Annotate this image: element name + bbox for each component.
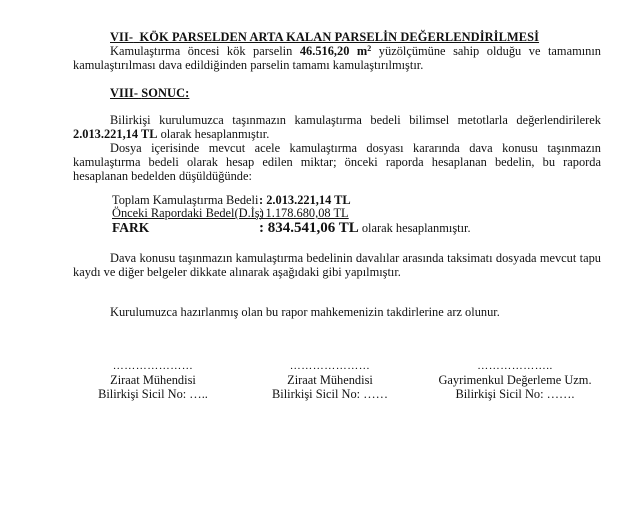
conclusion-paragraph-1: Bilirkişi kurulumuzca taşınmazın kamulaş… <box>73 113 601 141</box>
previous-value: : 1.178.680,08 TL <box>259 206 349 220</box>
summary-row-previous: Önceki Rapordaki Bedel(D.İş): 1.178.680,… <box>112 206 349 220</box>
signature-block-3: ……………….. Gayrimenkul Değerleme Uzm. Bili… <box>430 359 600 401</box>
para1-end: olarak hesaplanmıştır. <box>157 127 269 141</box>
signature-registry: Bilirkişi Sicil No: …… <box>265 387 395 401</box>
total-value: : 2.013.221,14 TL <box>259 193 351 207</box>
signature-block-2: ………………… Ziraat Mühendisi Bilirkişi Sicil… <box>265 359 395 401</box>
signature-title: Ziraat Mühendisi <box>98 373 208 387</box>
previous-label: Önceki Rapordaki Bedel(D.İş) <box>112 206 259 220</box>
difference-value: : 834.541,06 TL <box>259 220 359 236</box>
section-8-number: VIII- <box>110 86 138 100</box>
signature-line: ……………….. <box>430 359 600 373</box>
signature-line: ………………… <box>98 359 208 373</box>
closing-statement: Kurulumuzca hazırlanmış olan bu rapor ma… <box>110 305 500 319</box>
total-label: Toplam Kamulaştırma Bedeli <box>112 193 259 207</box>
summary-row-total: Toplam Kamulaştırma Bedeli: 2.013.221,14… <box>112 193 351 207</box>
difference-label: FARK <box>112 221 259 235</box>
section-7-text-before: Kamulaştırma öncesi kök parselin <box>110 44 300 58</box>
conclusion-paragraph-3: Dava konusu taşınmazın kamulaştırma bede… <box>73 251 601 279</box>
section-7-title: KÖK PARSELDEN ARTA KALAN PARSELİN DEĞERL… <box>140 30 540 44</box>
signature-block-1: ………………… Ziraat Mühendisi Bilirkişi Sicil… <box>98 359 208 401</box>
parcel-area: 46.516,20 m2 <box>300 44 371 58</box>
difference-suffix: olarak hesaplanmıştır. <box>359 221 471 235</box>
section-8-heading: VIII- SONUC: <box>110 86 189 100</box>
section-8-title: SONUC: <box>141 86 189 100</box>
section-7-number: VII- <box>110 30 133 44</box>
summary-row-difference: FARK: 834.541,06 TL olarak hesaplanmıştı… <box>112 221 471 235</box>
signature-line: ………………… <box>265 359 395 373</box>
para1-text: Bilirkişi kurulumuzca taşınmazın kamulaş… <box>110 113 601 127</box>
calculated-amount: 2.013.221,14 TL <box>73 127 157 141</box>
section-7-heading: VII- KÖK PARSELDEN ARTA KALAN PARSELİN D… <box>110 30 539 44</box>
signature-registry: Bilirkişi Sicil No: ……. <box>430 387 600 401</box>
section-7-paragraph: Kamulaştırma öncesi kök parselin 46.516,… <box>73 44 601 72</box>
signature-title: Gayrimenkul Değerleme Uzm. <box>430 373 600 387</box>
conclusion-paragraph-2: Dosya içerisinde mevcut acele kamulaştır… <box>73 141 601 183</box>
signature-title: Ziraat Mühendisi <box>265 373 395 387</box>
signature-registry: Bilirkişi Sicil No: ….. <box>98 387 208 401</box>
